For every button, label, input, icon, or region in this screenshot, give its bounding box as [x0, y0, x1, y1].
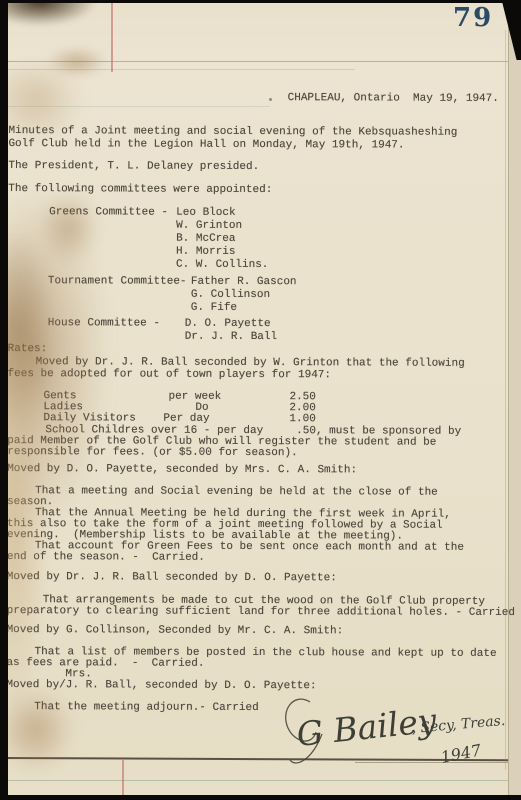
scan-edge-top	[0, 0, 521, 3]
committee-member: C. W. Collins.	[176, 260, 268, 271]
scanned-minutes-page: 79 CHAPLEAU, Ontario May 19, 1947. Minut…	[0, 0, 521, 800]
rates-heading: Rates:	[8, 344, 48, 355]
committees-heading: The following committees were appointed:	[8, 184, 272, 196]
scan-edge-left	[0, 0, 8, 800]
intro-line: Minutes of a Joint meeting and social ev…	[8, 126, 457, 139]
fees-amount: 1.00	[289, 414, 315, 425]
committee-member: Father R. Gascon	[191, 277, 297, 288]
committee-member: B. McCrea	[176, 234, 235, 245]
committee-member: Dr. J. R. Ball	[185, 332, 277, 343]
committee-name: Greens Committee -	[49, 207, 168, 218]
motion-line: end of the season. - Carried.	[7, 552, 205, 564]
committee-name: House Committee -	[48, 318, 160, 329]
committee-member: W. Grinton	[176, 221, 242, 232]
motion-line: That the meeting adjourn.- Carried	[34, 702, 258, 714]
fees-item: Daily Visitors	[43, 413, 135, 424]
committee-member: G. Fife	[191, 303, 237, 314]
committee-name: Tournament Committee-	[48, 276, 187, 288]
motion-opening: Moved by D. O. Payette, seconded by Mrs.…	[7, 464, 357, 476]
fees-continuation: responsible for fees. (or $5.00 for seas…	[7, 447, 297, 459]
motion-opening: Moved by Dr. J. R. Ball seconded by D. O…	[7, 572, 337, 584]
motion-line: preparatory to clearing sufficient land …	[7, 606, 515, 619]
motion-opening: Moved by G. Collinson, Seconded by Mr. C…	[7, 625, 344, 637]
motion-line: That a meeting and Social evening be hel…	[35, 486, 438, 499]
committee-member: H. Morris	[176, 247, 235, 258]
intro-line: Golf Club held in the Legion Hall on Mon…	[8, 139, 404, 152]
motion-line: fees be adopted for out of town players …	[8, 369, 331, 381]
signature-year: 1947	[439, 740, 483, 767]
committee-member: Leo Block	[176, 208, 235, 219]
scan-edge-bottom	[0, 795, 521, 800]
dateline: CHAPLEAU, Ontario May 19, 1947.	[288, 93, 499, 105]
fees-period: Per day	[163, 414, 209, 425]
committee-member: G. Collinson	[191, 290, 270, 301]
motion-line: as fees are paid. - Carried.	[6, 658, 204, 670]
committee-member: D. O. Payette	[185, 319, 271, 330]
president-line: The President, T. L. Delaney presided.	[8, 161, 259, 173]
signature-block: G Bailey , Secy, Treas. 1947	[252, 676, 521, 800]
